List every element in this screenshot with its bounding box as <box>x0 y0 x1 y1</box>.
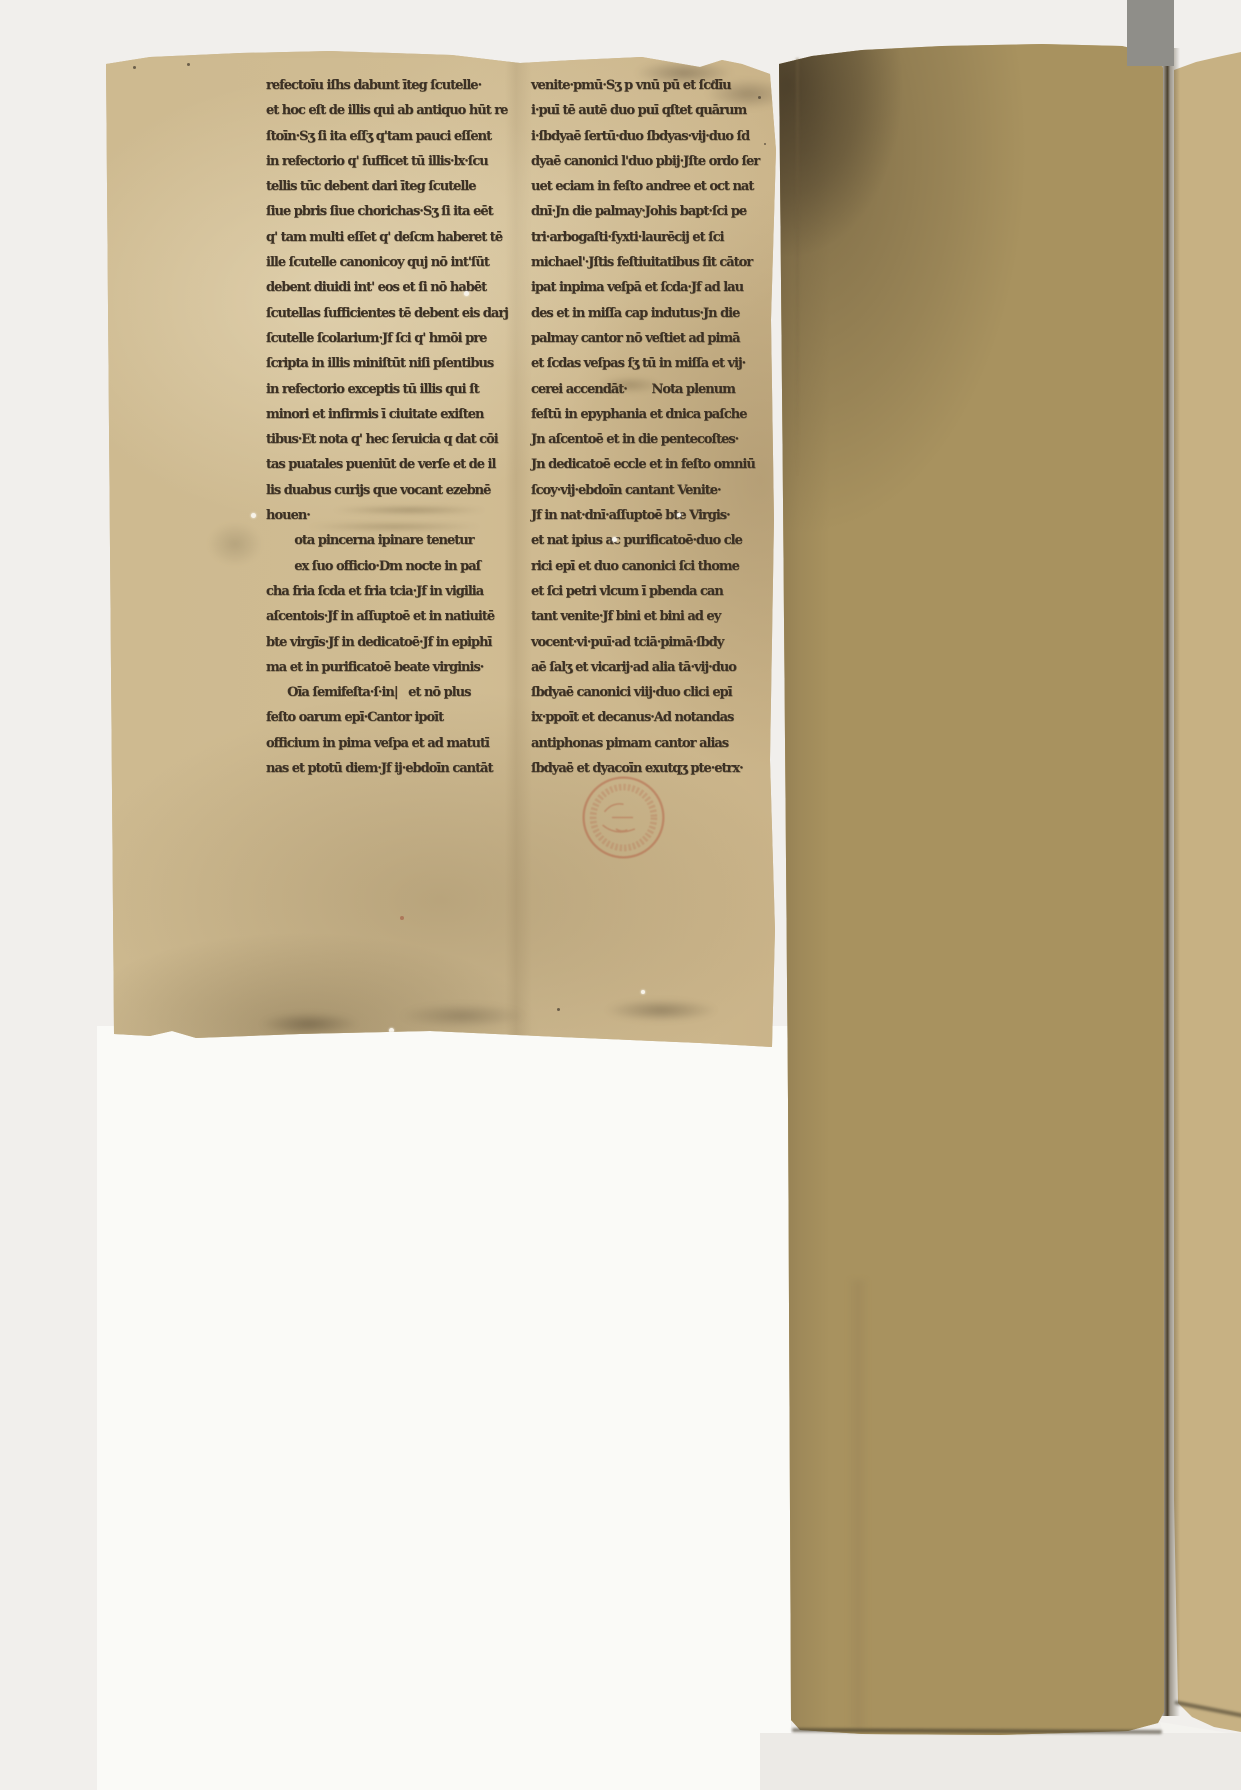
page-crease <box>796 58 799 478</box>
manuscript-text-line: ſbdyaē canonici viij·duo clici epī <box>531 680 781 705</box>
manuscript-text-line: Oīa ſemifeſta·ſ·in| et nō plus <box>266 680 516 705</box>
manuscript-text-line: ma et in purificatoē beate virginis· <box>266 655 516 680</box>
manuscript-text-line: nas et ptotū diem·Jf ij·ebdoīn cantāt <box>266 756 516 781</box>
library-stamp <box>576 770 671 865</box>
backdrop-gap-strip <box>1127 0 1174 66</box>
manuscript-text-line: minori et infirmis ī ciuitate exiſten <box>266 402 516 427</box>
manuscript-text-line: in refectorio q' ſufficet tū illis·lx·ſc… <box>266 149 516 174</box>
ink-speck <box>133 66 136 69</box>
manuscript-text-line: Jn aſcentoē et in die pentecoſtes· <box>531 427 781 452</box>
manuscript-text-line: tri·arbogaſti·ſyxti·laurēcij et ſci <box>531 225 781 250</box>
manuscript-text-line: ſiue pbris ſiue chorichas·Sʒ ſi ita eēt <box>266 199 516 224</box>
manuscript-text-line: rici epī et duo canonici ſci thome <box>531 554 781 579</box>
parchment-hole <box>464 291 469 296</box>
manuscript-text-line: officium in pima veſpa et ad matutī <box>266 731 516 756</box>
manuscript-text-line: ille ſcutelle canonicoy quj nō int'ſūt <box>266 250 516 275</box>
manuscript-text-line: palmay cantor nō veſtiet ad pimā <box>531 326 781 351</box>
text-column-left: refectoīu iſhs dabunt īteg ſcutelle·et h… <box>266 73 516 781</box>
ink-speck <box>187 63 190 66</box>
parchment-hole <box>677 513 681 517</box>
manuscript-text-line: tellis tūc debent dari īteg ſcutelle <box>266 174 516 199</box>
ink-speck <box>712 80 715 83</box>
manuscript-text-line: et hoc eſt de illis qui ab antiquo hūt r… <box>266 98 516 123</box>
manuscript-text-line: dyaē canonici l'duo pbij·Jſte ordo ſer <box>531 149 781 174</box>
parchment-hole <box>251 513 256 518</box>
manuscript-text-line: des et in miſſa cap indutus·Jn die <box>531 301 781 326</box>
manuscript-text-line: q' tam multi eſſet q' deſcm haberet tē <box>266 225 516 250</box>
manuscript-text-line: et ſcdas veſpas ſʒ tū in miſſa et vij· <box>531 351 781 376</box>
parchment-hole <box>641 990 645 994</box>
manuscript-text-line: ix·ppoīt et decanus·Ad notandas <box>531 705 781 730</box>
manuscript-text-line: dnī·Jn die palmay·Johis bapt·ſci pe <box>531 199 781 224</box>
stain-blotches <box>130 986 770 1040</box>
offset-ink-smudge <box>208 522 262 566</box>
manuscript-text-line: et nat ipius ac purificatoē·duo cle <box>531 528 781 553</box>
manuscript-text-line: bte virgīs·Jf in dedicatoē·Jf in epiphī <box>266 630 516 655</box>
parchment-hole <box>612 537 617 542</box>
manuscript-text-line: cha fria ſcda et fria tcia·Jf in vigilia <box>266 579 516 604</box>
backdrop-below-pages <box>760 1733 1241 1790</box>
manuscript-text-line: ſcutellas ſufficientes tē debent eis dar… <box>266 301 516 326</box>
stain-blotches <box>620 52 780 122</box>
manuscript-text-line: feſtū in epyphania et dnica paſche <box>531 402 781 427</box>
manuscript-text-line: michael'·Jſtis feſtiuitatibus ſit cātor <box>531 250 781 275</box>
manuscript-text-line: vocent·vi·puī·ad tciā·pimā·ſbdy <box>531 630 781 655</box>
ink-speck <box>764 143 766 145</box>
manuscript-text-line: ſcutelle ſcolarium·Jf ſci q' hmōi pre <box>266 326 516 351</box>
ink-speck <box>744 208 746 210</box>
page-crease <box>848 1280 868 1730</box>
manuscript-text-line: feſto oarum epī·Cantor ipoīt <box>266 705 516 730</box>
manuscript-text-line: Jf in nat·dnī·aſſuptoē bte Virgis· <box>531 503 781 528</box>
red-ink-speck <box>400 916 404 920</box>
manuscript-text-line: Jn dedicatoē eccle et in feſto omniū <box>531 452 781 477</box>
text-column-right: venite·pmū·Sʒ p vnū pū et ſcdīui·puī tē … <box>531 73 781 781</box>
manuscript-text-line: et ſci petri vlcum ī pbenda can <box>531 579 781 604</box>
manuscript-text-line: aſcentois·Jf in aſſuptoē et in natiuitē <box>266 604 516 629</box>
manuscript-text-line: i·ſbdyaē ſertū·duo ſbdyas·vij·duo ſd <box>531 124 781 149</box>
mount-sheet <box>97 1026 791 1790</box>
manuscript-text-line: ipat inpima veſpā et ſcda·Jf ad lau <box>531 275 781 300</box>
manuscript-text-line: refectoīu iſhs dabunt īteg ſcutelle· <box>266 73 516 98</box>
manuscript-text-line: ſtoīn·Sʒ ſi ita eſſʒ q'tam pauci eſſent <box>266 124 516 149</box>
ink-speck <box>758 96 761 99</box>
manuscript-text-line: antiphonas pimam cantor alias <box>531 731 781 756</box>
manuscript-text-line: ſcoy·vij·ebdoīn cantant Venite· <box>531 478 781 503</box>
manuscript-text-line: ſcripta in illis miniſtūt niſi pſentibus <box>266 351 516 376</box>
manuscript-text-line: ex ſuo officio·Dm nocte in paſ <box>266 554 516 579</box>
offset-ink-smudge <box>598 376 662 394</box>
ink-speck <box>557 1008 560 1011</box>
manuscript-text-line: aē ſalʒ et vicarij·ad alia tā·vij·duo <box>531 655 781 680</box>
manuscript-text-line: tant venite·Jf bini et bini ad ey <box>531 604 781 629</box>
manuscript-text-line: uet eciam in feſto andree et oct nat <box>531 174 781 199</box>
manuscript-text-line: tibus·Et nota q' hec ſeruicia q dat cōi <box>266 427 516 452</box>
manuscript-text-line: debent diuidi int' eos et ſi nō habēt <box>266 275 516 300</box>
digitized-manuscript-photo: refectoīu iſhs dabunt īteg ſcutelle·et h… <box>0 0 1241 1790</box>
offset-ink-smudge <box>300 500 510 536</box>
manuscript-text-line: tas puatales pueniūt de verſe et de il <box>266 452 516 477</box>
manuscript-text-line: in refectorio exceptis tū illis qui ſt <box>266 377 516 402</box>
